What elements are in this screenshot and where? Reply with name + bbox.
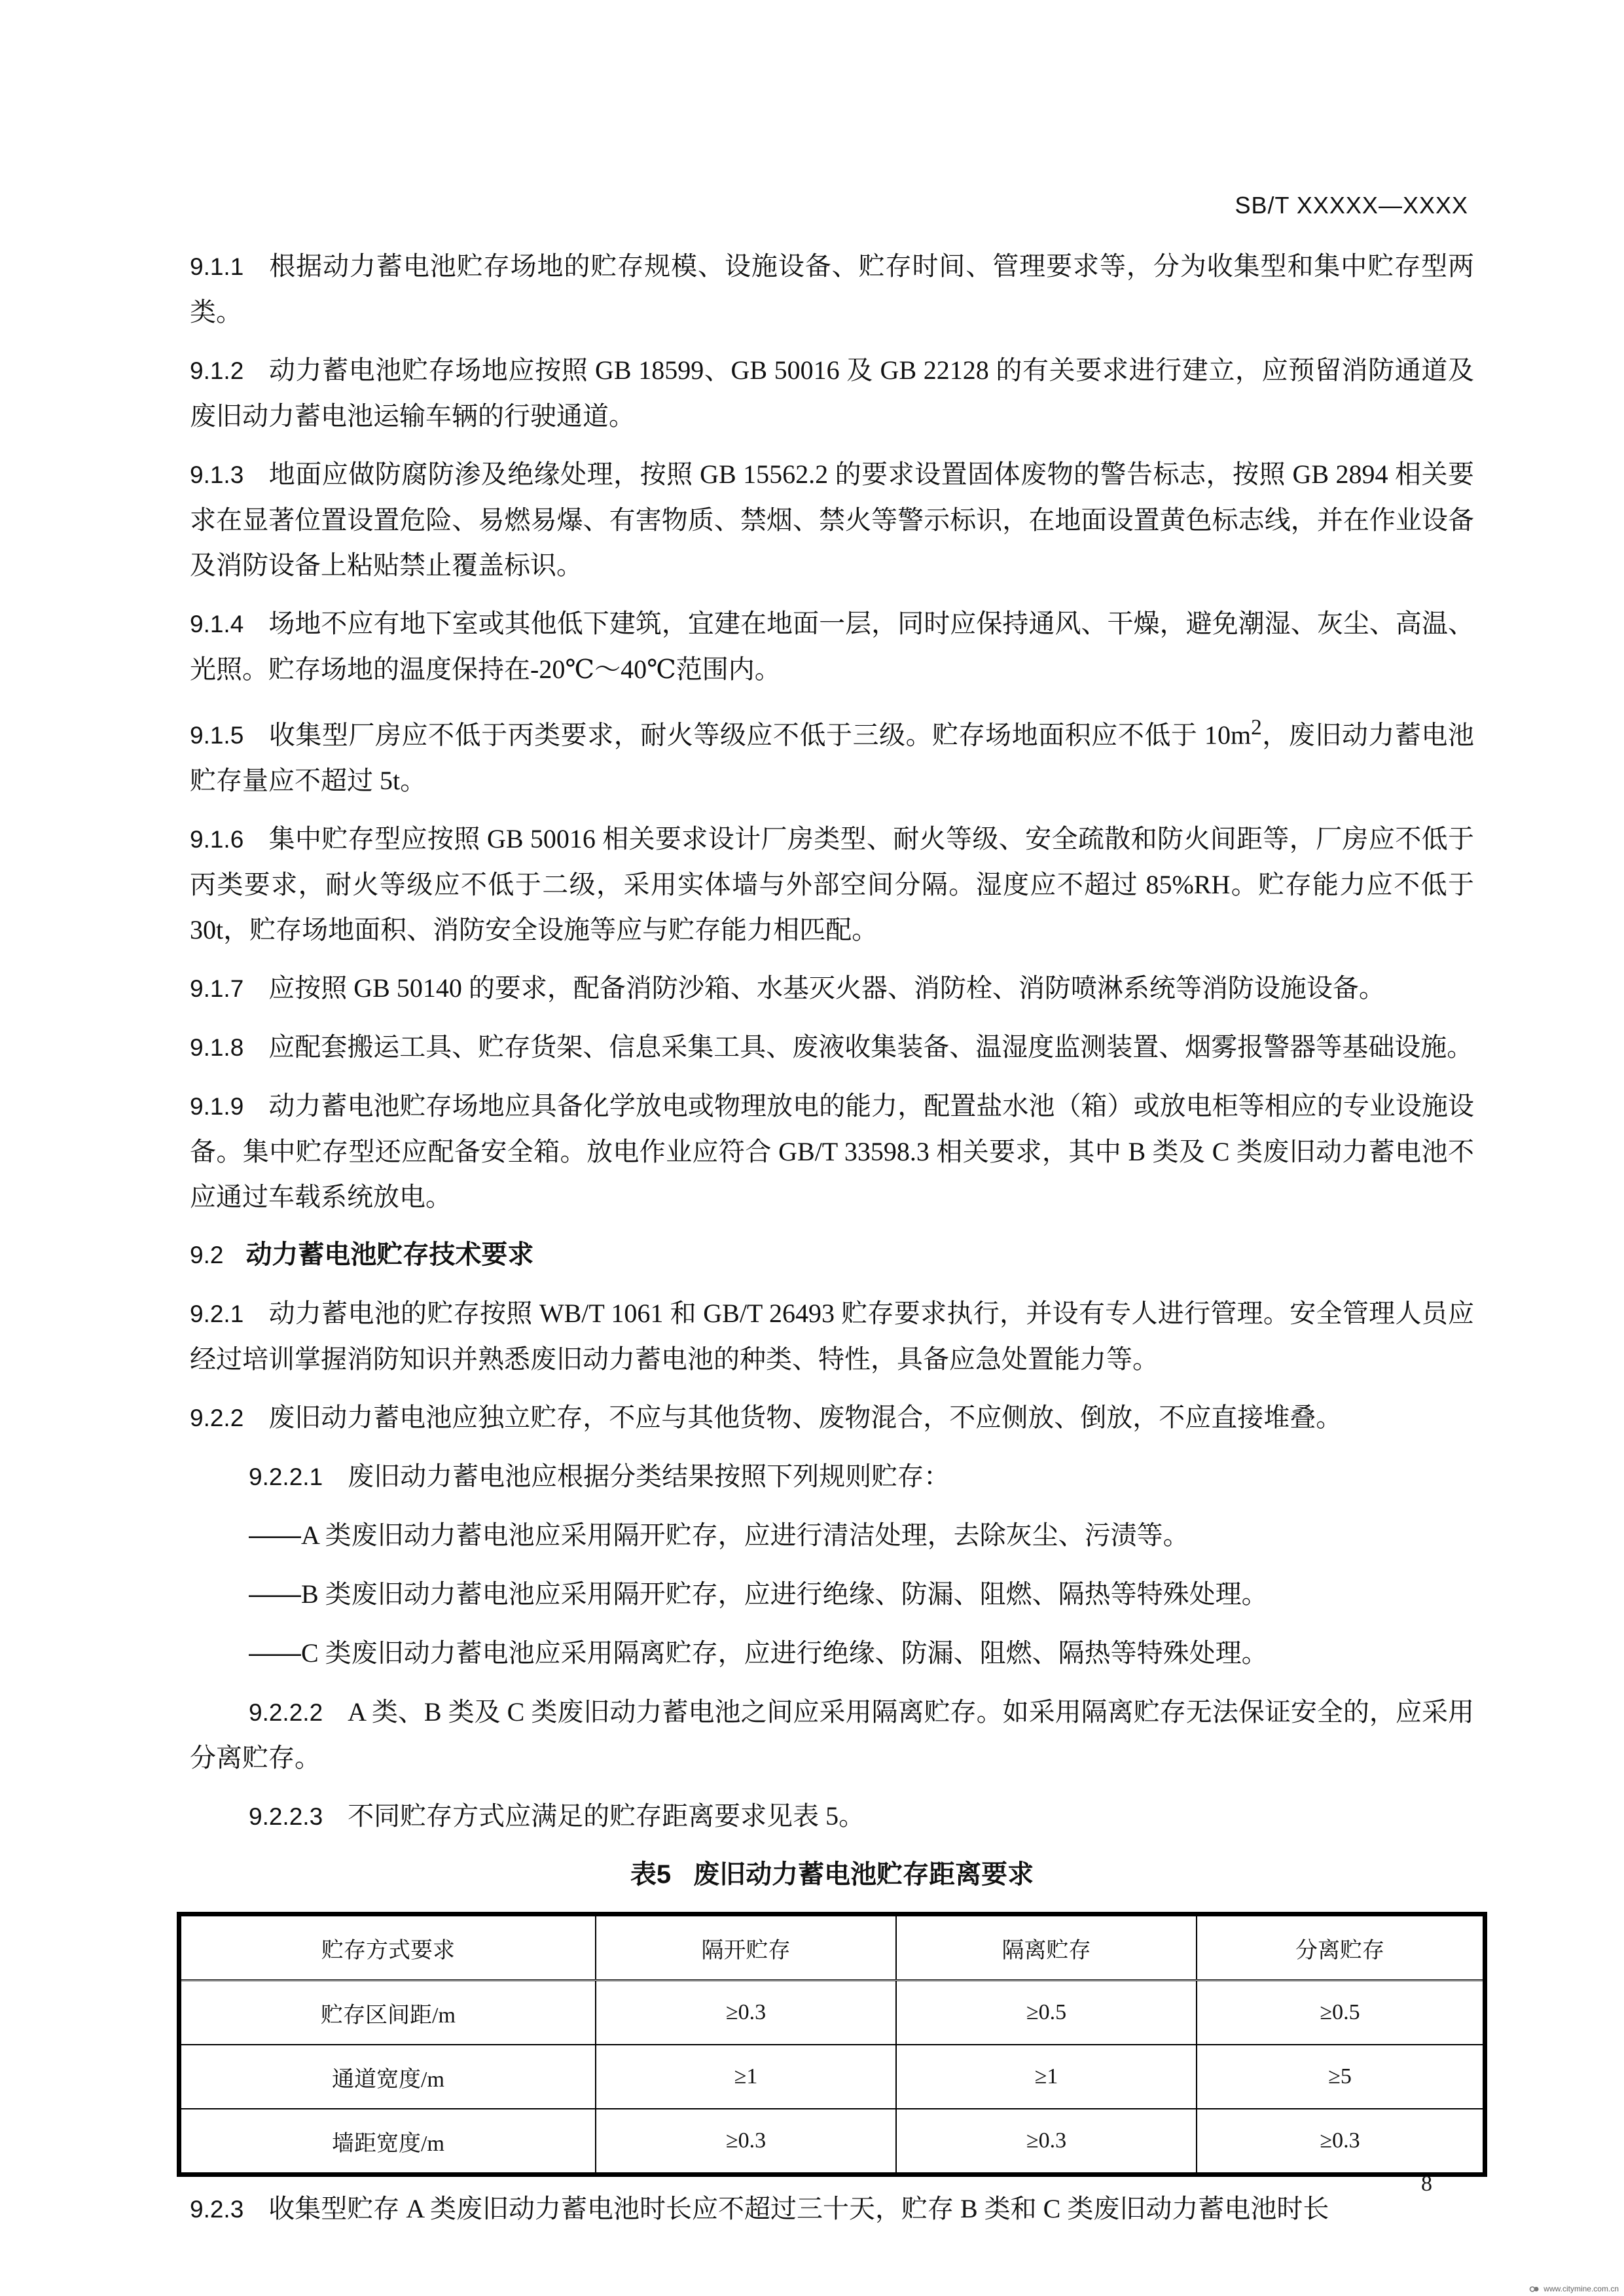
clause-9-1-1: 9.1.1根据动力蓄电池贮存场地的贮存规模、设施设备、贮存时间、管理要求等，分为…	[190, 243, 1474, 334]
clause-number: 9.1.2	[190, 357, 244, 384]
list-item-text: A 类废旧动力蓄电池应采用隔开贮存，应进行清洁处理，去除灰尘、污渍等。	[301, 1520, 1189, 1550]
table-cell: ≥1	[596, 2045, 896, 2109]
table-row: 墙距宽度/m ≥0.3 ≥0.3 ≥0.3	[179, 2109, 1485, 2175]
table-header-cell: 隔开贮存	[596, 1914, 896, 1981]
section-number: 9.2	[190, 1242, 223, 1268]
clause-9-1-4: 9.1.4场地不应有地下室或其他低下建筑，宜建在地面一层，同时应保持通风、干燥，…	[190, 601, 1474, 692]
clause-number: 9.1.7	[190, 975, 244, 1002]
clause-text: 收集型厂房应不低于丙类要求，耐火等级应不低于三级。贮存场地面积应不低于 10m	[268, 720, 1251, 749]
table-header-cell: 隔离贮存	[896, 1914, 1197, 1981]
clause-number: 9.2.2	[190, 1405, 244, 1431]
table-row-label: 贮存区间距/m	[179, 1981, 596, 2045]
table-row: 通道宽度/m ≥1 ≥1 ≥5	[179, 2045, 1485, 2109]
watermark-url: www.citymine.com.cn	[1543, 2284, 1619, 2293]
clause-9-1-2: 9.1.2动力蓄电池贮存场地应按照 GB 18599、GB 50016 及 GB…	[190, 348, 1474, 439]
clause-number: 9.2.3	[190, 2196, 244, 2223]
clause-text: 根据动力蓄电池贮存场地的贮存规模、设施设备、贮存时间、管理要求等，分为收集型和集…	[190, 251, 1474, 327]
citymine-logo-icon	[1529, 2286, 1540, 2292]
clause-number: 9.2.2.3	[249, 1803, 323, 1830]
clause-number: 9.2.2.2	[249, 1699, 323, 1726]
dash-bullet: ——	[249, 1639, 301, 1668]
table-5-caption: 表5废旧动力蓄电池贮存距离要求	[190, 1852, 1474, 1897]
list-item-class-b: ——B 类废旧动力蓄电池应采用隔开贮存，应进行绝缘、防漏、阻燃、隔热等特殊处理。	[190, 1571, 1474, 1617]
table-header-cell: 分离贮存	[1197, 1914, 1485, 1981]
clause-9-1-8: 9.1.8应配套搬运工具、贮存货架、信息采集工具、废液收集装备、温湿度监测装置、…	[190, 1024, 1474, 1070]
page-number: 8	[1421, 2172, 1432, 2197]
standard-code-header: SB/T XXXXX—XXXX	[1235, 192, 1468, 219]
clause-number: 9.1.6	[190, 826, 244, 853]
clause-9-2-2-2: 9.2.2.2A 类、B 类及 C 类废旧动力蓄电池之间应采用隔离贮存。如采用隔…	[190, 1689, 1474, 1780]
clause-number: 9.1.8	[190, 1034, 244, 1061]
table-row: 贮存区间距/m ≥0.3 ≥0.5 ≥0.5	[179, 1981, 1485, 2045]
table-cell: ≥0.3	[896, 2109, 1197, 2175]
document-body: 9.1.1根据动力蓄电池贮存场地的贮存规模、设施设备、贮存时间、管理要求等，分为…	[190, 243, 1474, 2245]
clause-number: 9.1.1	[190, 253, 244, 280]
clause-text: 应配套搬运工具、贮存货架、信息采集工具、废液收集装备、温湿度监测装置、烟雾报警器…	[268, 1032, 1473, 1062]
clause-text: 场地不应有地下室或其他低下建筑，宜建在地面一层，同时应保持通风、干燥，避免潮湿、…	[190, 609, 1474, 684]
clause-text: 应按照 GB 50140 的要求，配备消防沙箱、水基灭火器、消防栓、消防喷淋系统…	[268, 973, 1385, 1003]
clause-9-2-2: 9.2.2废旧动力蓄电池应独立贮存，不应与其他货物、废物混合，不应侧放、倒放，不…	[190, 1395, 1474, 1441]
table-cell: ≥0.3	[596, 2109, 896, 2175]
clause-9-2-2-3: 9.2.2.3不同贮存方式应满足的贮存距离要求见表 5。	[190, 1793, 1474, 1839]
table-header-cell: 贮存方式要求	[179, 1914, 596, 1981]
clause-text: 废旧动力蓄电池应独立贮存，不应与其他货物、废物混合，不应侧放、倒放，不应直接堆叠…	[268, 1403, 1342, 1432]
storage-distance-table: 贮存方式要求 隔开贮存 隔离贮存 分离贮存 贮存区间距/m ≥0.3 ≥0.5 …	[177, 1912, 1487, 2177]
table-cell: ≥5	[1197, 2045, 1485, 2109]
section-heading-9-2: 9.2动力蓄电池贮存技术要求	[190, 1232, 1474, 1278]
table-row-label: 通道宽度/m	[179, 2045, 596, 2109]
dash-bullet: ——	[249, 1521, 301, 1550]
clause-number: 9.1.9	[190, 1093, 244, 1120]
table-header-row: 贮存方式要求 隔开贮存 隔离贮存 分离贮存	[179, 1914, 1485, 1981]
section-title: 动力蓄电池贮存技术要求	[245, 1240, 533, 1269]
clause-9-1-6: 9.1.6集中贮存型应按照 GB 50016 相关要求设计厂房类型、耐火等级、安…	[190, 816, 1474, 952]
table-cell: ≥1	[896, 2045, 1197, 2109]
list-item-text: B 类废旧动力蓄电池应采用隔开贮存，应进行绝缘、防漏、阻燃、隔热等特殊处理。	[301, 1579, 1268, 1609]
table-number: 表5	[630, 1860, 671, 1889]
clause-9-2-3: 9.2.3收集型贮存 A 类废旧动力蓄电池时长应不超过三十天，贮存 B 类和 C…	[190, 2186, 1474, 2232]
clause-9-1-7: 9.1.7应按照 GB 50140 的要求，配备消防沙箱、水基灭火器、消防栓、消…	[190, 965, 1474, 1011]
clause-text: 收集型贮存 A 类废旧动力蓄电池时长应不超过三十天，贮存 B 类和 C 类废旧动…	[268, 2194, 1329, 2223]
table-title: 废旧动力蓄电池贮存距离要求	[693, 1860, 1034, 1889]
table-cell: ≥0.3	[1197, 2109, 1485, 2175]
clause-9-2-1: 9.2.1动力蓄电池的贮存按照 WB/T 1061 和 GB/T 26493 贮…	[190, 1291, 1474, 1382]
clause-number: 9.2.2.1	[249, 1463, 323, 1490]
list-item-class-c: ——C 类废旧动力蓄电池应采用隔离贮存，应进行绝缘、防漏、阻燃、隔热等特殊处理。	[190, 1630, 1474, 1676]
clause-text: 废旧动力蓄电池应根据分类结果按照下列规则贮存：	[348, 1462, 950, 1491]
clause-text: 动力蓄电池贮存场地应按照 GB 18599、GB 50016 及 GB 2212…	[190, 355, 1474, 431]
clause-text: 动力蓄电池贮存场地应具备化学放电或物理放电的能力，配置盐水池（箱）或放电柜等相应…	[190, 1091, 1474, 1211]
clause-number: 9.1.4	[190, 611, 244, 637]
watermark: www.citymine.com.cn	[1529, 2284, 1619, 2293]
table-cell: ≥0.3	[596, 1981, 896, 2045]
dash-bullet: ——	[249, 1580, 301, 1609]
table-row-label: 墙距宽度/m	[179, 2109, 596, 2175]
table-cell: ≥0.5	[896, 1981, 1197, 2045]
list-item-class-a: ——A 类废旧动力蓄电池应采用隔开贮存，应进行清洁处理，去除灰尘、污渍等。	[190, 1513, 1474, 1558]
superscript: 2	[1251, 715, 1262, 740]
clause-text: A 类、B 类及 C 类废旧动力蓄电池之间应采用隔离贮存。如采用隔离贮存无法保证…	[190, 1697, 1474, 1772]
clause-text: 动力蓄电池的贮存按照 WB/T 1061 和 GB/T 26493 贮存要求执行…	[190, 1299, 1474, 1374]
clause-text: 地面应做防腐防渗及绝缘处理，按照 GB 15562.2 的要求设置固体废物的警告…	[190, 459, 1474, 580]
clause-9-1-9: 9.1.9动力蓄电池贮存场地应具备化学放电或物理放电的能力，配置盐水池（箱）或放…	[190, 1083, 1474, 1219]
clause-9-2-2-1: 9.2.2.1废旧动力蓄电池应根据分类结果按照下列规则贮存：	[190, 1454, 1474, 1499]
clause-9-1-3: 9.1.3地面应做防腐防渗及绝缘处理，按照 GB 15562.2 的要求设置固体…	[190, 452, 1474, 588]
clause-number: 9.1.5	[190, 722, 244, 749]
clause-number: 9.1.3	[190, 461, 244, 488]
clause-number: 9.2.1	[190, 1300, 244, 1327]
clause-text: 不同贮存方式应满足的贮存距离要求见表 5。	[348, 1801, 865, 1831]
list-item-text: C 类废旧动力蓄电池应采用隔离贮存，应进行绝缘、防漏、阻燃、隔热等特殊处理。	[301, 1638, 1268, 1668]
table-cell: ≥0.5	[1197, 1981, 1485, 2045]
clause-9-1-5: 9.1.5收集型厂房应不低于丙类要求，耐火等级应不低于三级。贮存场地面积应不低于…	[190, 705, 1474, 803]
clause-text: 集中贮存型应按照 GB 50016 相关要求设计厂房类型、耐火等级、安全疏散和防…	[190, 824, 1474, 944]
